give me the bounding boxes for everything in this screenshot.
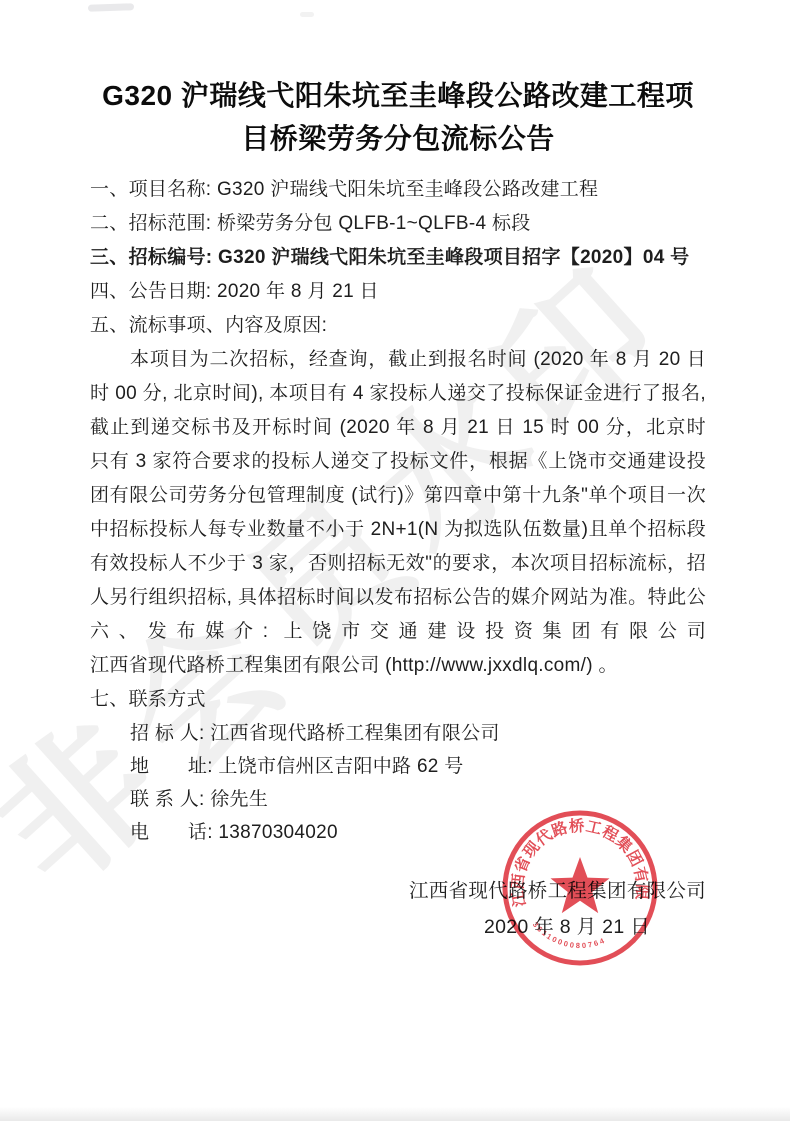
contact-value: 徐先生 xyxy=(210,789,268,810)
paragraph-line: 本项目为二次招标，经查询，截止到报名时间 (2020 年 8 月 20 日 16 xyxy=(90,343,706,377)
item-bid-scope: 二、招标范围: 桥梁劳务分包 QLFB-1~QLFB-4 标段 xyxy=(90,207,706,241)
contact-row-phone: 电 话: 13870304020 xyxy=(90,816,706,849)
signature-company: 江西省现代路桥工程集团有限公司 xyxy=(90,873,706,909)
title-line-2: 目桥梁劳务分包流标公告 xyxy=(90,117,706,160)
item-project-name: 一、项目名称: G320 沪瑞线弋阳朱坑至圭峰段公路改建工程 xyxy=(90,173,706,207)
contact-label: 地 址: xyxy=(130,756,218,777)
paragraph-line: 时 00 分, 北京时间), 本项目有 4 家投标人递交了投标保证金进行了报名, xyxy=(90,377,706,411)
contact-label: 招 标 人: xyxy=(130,723,210,744)
media-line: 江西省现代路桥工程集团有限公司 (http://www.jxxdlq.com/)… xyxy=(90,649,706,683)
title-line-1: G320 沪瑞线弋阳朱坑至圭峰段公路改建工程项 xyxy=(90,74,706,117)
contact-row-bidder: 招 标 人: 江西省现代路桥工程集团有限公司 xyxy=(90,717,706,750)
signature-block: 江西省现代路桥工程集团有限公司 2020 年 8 月 21 日 xyxy=(90,873,706,945)
paragraph-line: 人另行组织招标, 具体招标时间以发布招标公告的媒介网站为准。特此公告! xyxy=(90,581,706,615)
document-content: G320 沪瑞线弋阳朱坑至圭峰段公路改建工程项 目桥梁劳务分包流标公告 一、项目… xyxy=(90,0,706,945)
announcement-body: 一、项目名称: G320 沪瑞线弋阳朱坑至圭峰段公路改建工程 二、招标范围: 桥… xyxy=(90,173,706,849)
page-title: G320 沪瑞线弋阳朱坑至圭峰段公路改建工程项 目桥梁劳务分包流标公告 xyxy=(90,0,706,160)
contact-label: 联 系 人: xyxy=(130,789,210,810)
paragraph-line: 团有限公司劳务分包管理制度 (试行)》第四章中第十九条"单个项目一次集 xyxy=(90,479,706,513)
scan-edge-shadow xyxy=(0,1107,790,1121)
item-bid-number: 三、招标编号: G320 沪瑞线弋阳朱坑至圭峰段项目招字【2020】04 号 xyxy=(90,241,706,275)
paragraph-line: 有效投标人不少于 3 家，否则招标无效"的要求，本次项目招标流标，招标 xyxy=(90,547,706,581)
paragraph-line: 截止到递交标书及开标时间 (2020 年 8 月 21 日 15 时 00 分，… xyxy=(90,411,706,445)
item-announcement-date: 四、公告日期: 2020 年 8 月 21 日 xyxy=(90,275,706,309)
media-line: 六、发布媒介: 上饶市交通建设投资集团有限公司 (http://www.jxsr… xyxy=(90,615,706,649)
paragraph-line: 中招标投标人每专业数量不小于 2N+1(N 为拟选队伍数量)且单个招标段落 xyxy=(90,513,706,547)
contact-label: 电 话: xyxy=(130,822,218,843)
section-failure-heading: 五、流标事项、内容及原因: xyxy=(90,309,706,343)
paragraph-line: 只有 3 家符合要求的投标人递交了投标文件，根据《上饶市交通建设投资集 xyxy=(90,445,706,479)
contact-value: 13870304020 xyxy=(218,822,338,843)
section-contact-heading: 七、联系方式 xyxy=(90,683,706,717)
contact-row-person: 联 系 人: 徐先生 xyxy=(90,783,706,816)
contact-value: 江西省现代路桥工程集团有限公司 xyxy=(210,723,500,744)
contact-row-address: 地 址: 上饶市信州区吉阳中路 62 号 xyxy=(90,750,706,783)
signature-date: 2020 年 8 月 21 日 xyxy=(90,909,706,945)
contact-value: 上饶市信州区吉阳中路 62 号 xyxy=(218,756,463,777)
announcement-page: 非会员水印 G320 沪瑞线弋阳朱坑至圭峰段公路改建工程项 目桥梁劳务分包流标公… xyxy=(0,0,790,1121)
